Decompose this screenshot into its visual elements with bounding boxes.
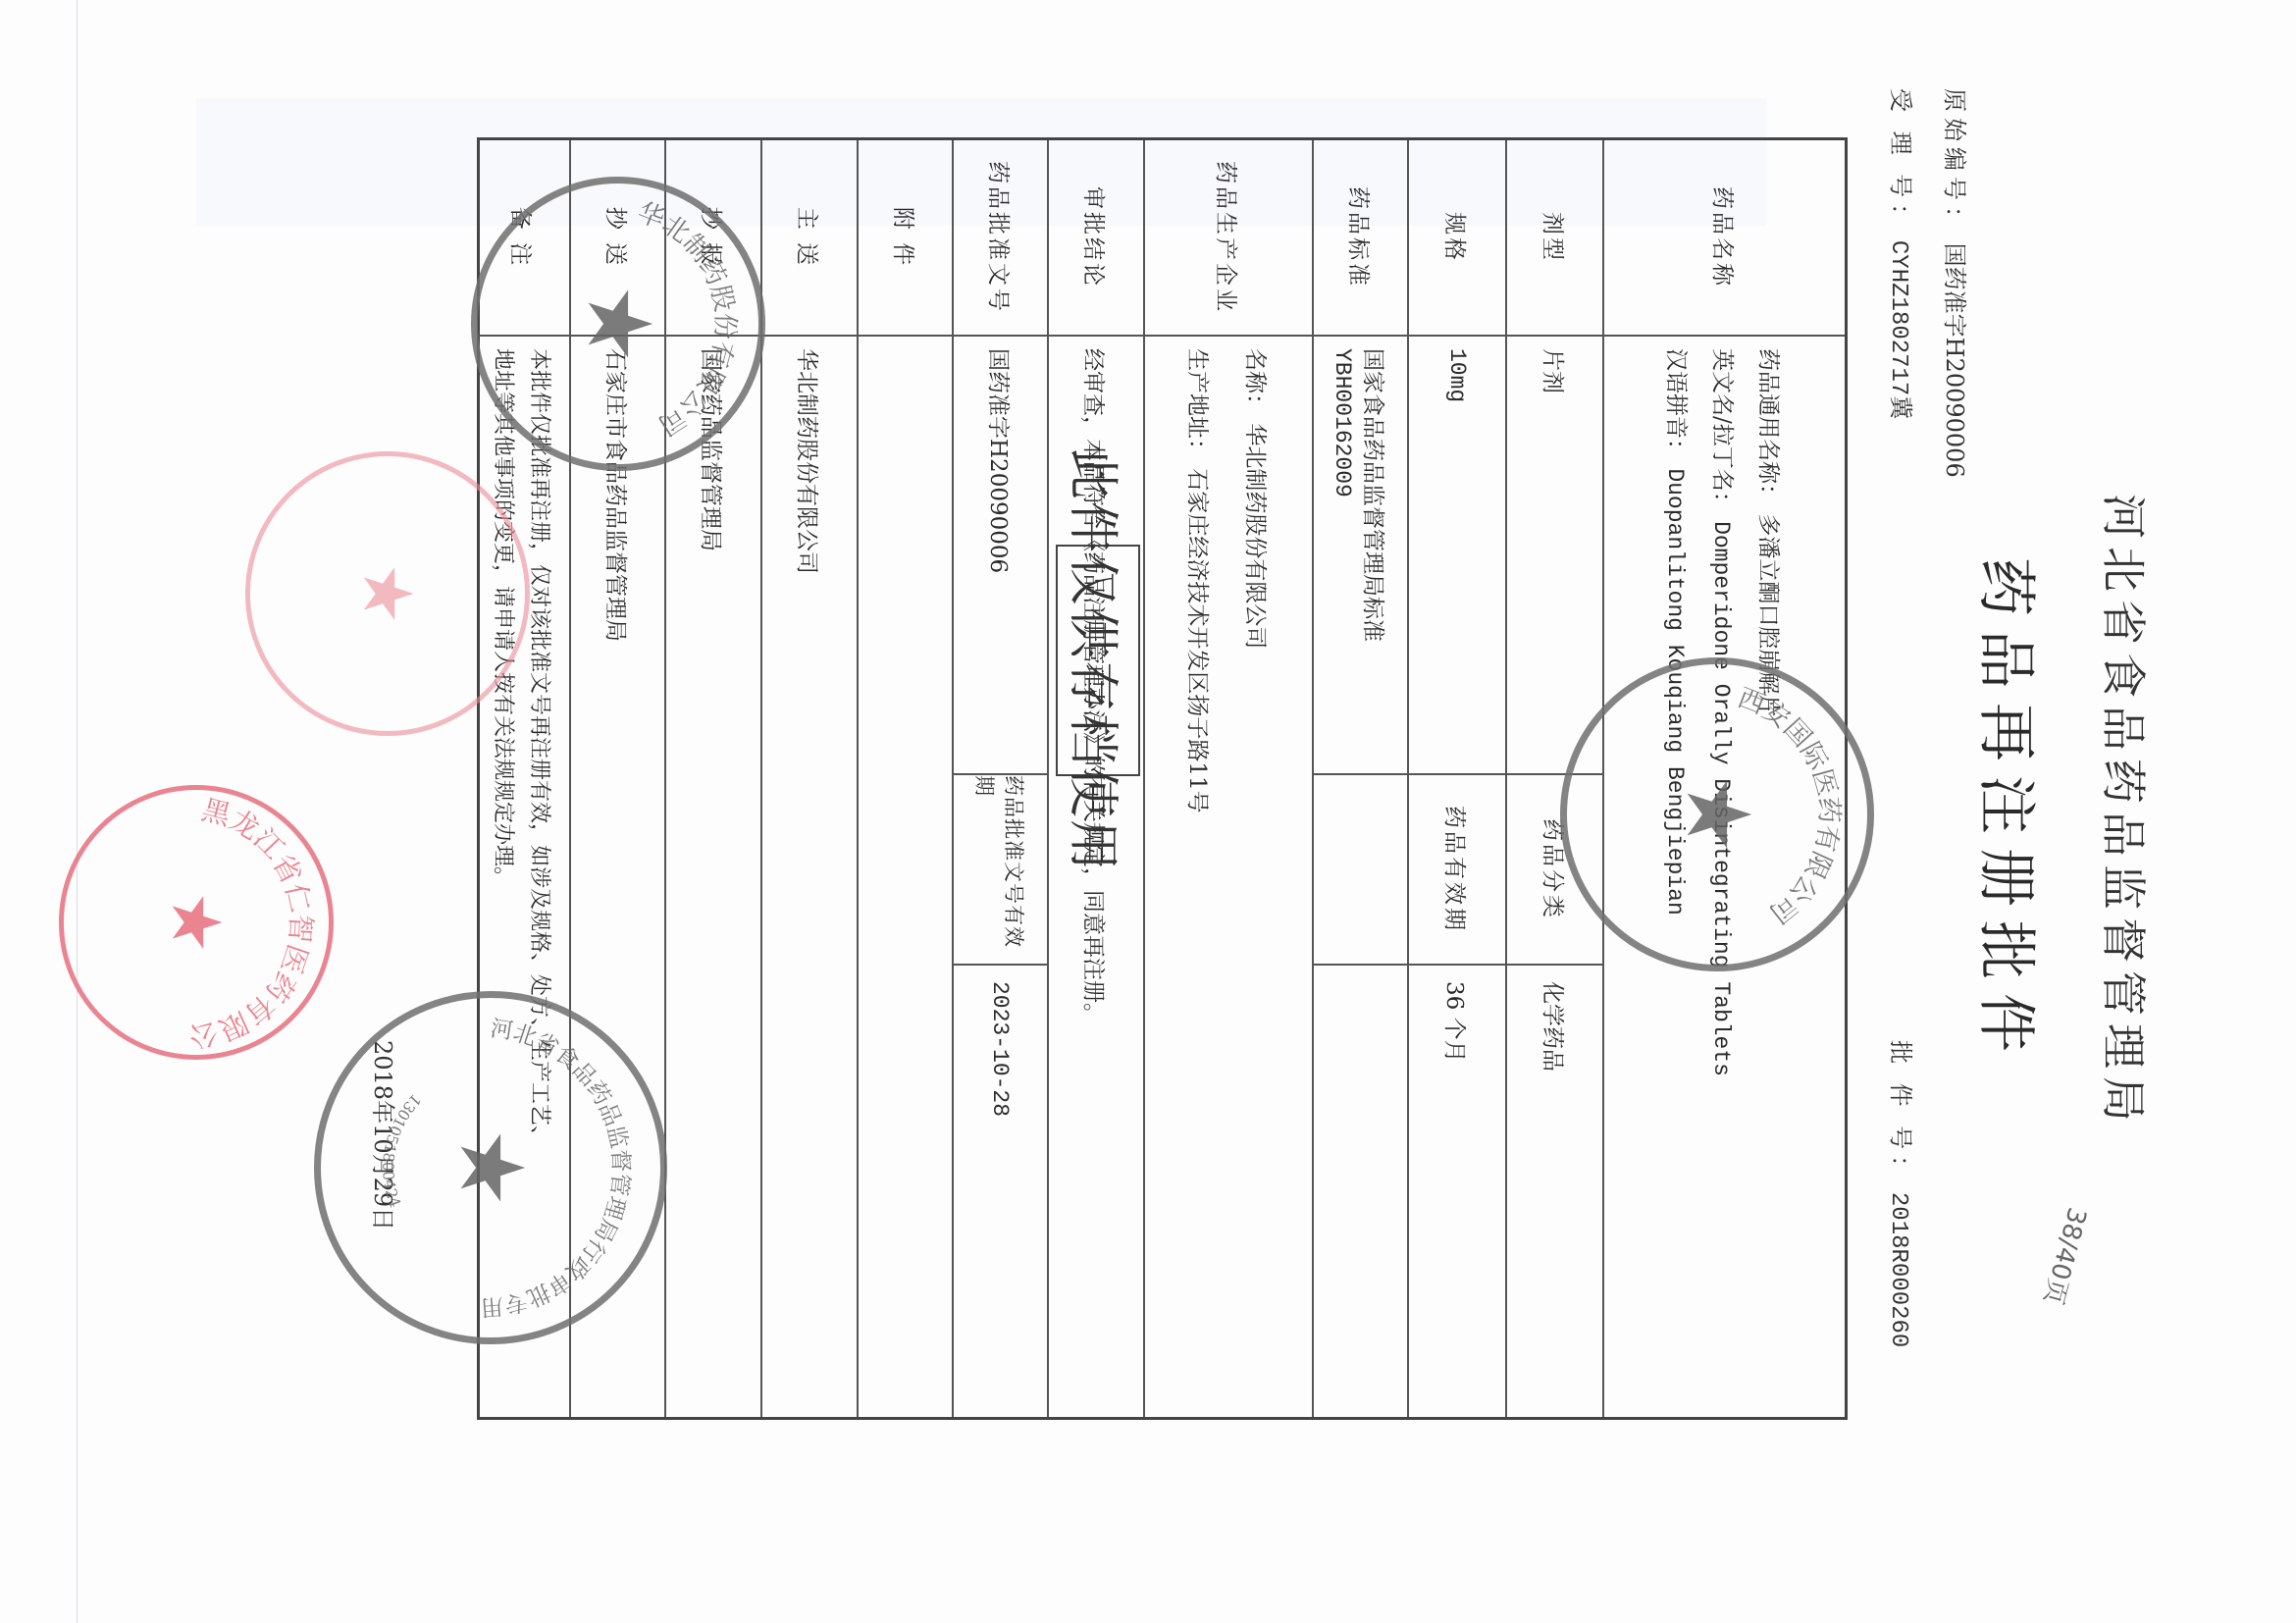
row-attachment: 附 件 bbox=[859, 140, 954, 1417]
drug-name-label: 药品名称 bbox=[1604, 140, 1845, 337]
standard-blank-sub bbox=[1314, 773, 1407, 966]
remarks-label: 备 注 bbox=[477, 140, 569, 337]
row-report-to: 抄 报 国家药品监督管理局 bbox=[666, 140, 762, 1417]
approval-validity-label: 药品批准文号有效期 bbox=[954, 773, 1047, 966]
seal-ring-text: 黑龙江省仁智医药有限公司 bbox=[64, 790, 329, 1055]
attachment-value bbox=[859, 337, 952, 1417]
original-number: 原始编号： 国药准字H20090006 bbox=[1940, 88, 1974, 478]
main-recipient-value: 华北制药股份有限公司 bbox=[762, 337, 857, 1417]
issuing-agency: 河北省食品药品监督管理局 bbox=[2094, 0, 2159, 1623]
copy-to-label: 抄 送 bbox=[571, 140, 664, 337]
specification-value: 10mg bbox=[1409, 337, 1505, 767]
pinyin-name: 汉语拼音： Duopanlitong Kouqiang Bengjiepian bbox=[1662, 348, 1695, 916]
approval-validity-value: 2023-10-28 bbox=[954, 966, 1047, 1417]
star-icon: ★ bbox=[162, 892, 231, 954]
row-copy-to: 抄 送 石家庄市食品药品监督管理局 bbox=[571, 140, 666, 1417]
registration-approval-page: 河北省食品药品监督管理局 药品再注册批件 38/40页 原始编号： 国药准字H2… bbox=[0, 0, 2296, 1623]
manufacturer-label: 药品生产企业 bbox=[1145, 140, 1312, 337]
main-recipient-label: 主 送 bbox=[762, 140, 857, 337]
row-drug-name: 药品名称 药品通用名称： 多潘立酮口腔崩解片 英文名/拉丁名： Domperid… bbox=[1604, 140, 1845, 1417]
drug-standard-label: 药品标准 bbox=[1314, 140, 1407, 337]
acceptance-number-value: CYHZ1802717冀 bbox=[1885, 240, 1911, 419]
manufacturer-name: 名称： 华北制药股份有限公司 bbox=[1241, 348, 1274, 649]
drug-name-values: 药品通用名称： 多潘立酮口腔崩解片 英文名/拉丁名： Domperidone O… bbox=[1604, 337, 1845, 1417]
archive-only-stamp: 此件仅供存档使用 bbox=[1056, 545, 1140, 776]
specification-label: 规格 bbox=[1409, 140, 1505, 337]
shelf-life-label: 药品有效期 bbox=[1409, 773, 1505, 966]
approval-number-cell: 国药准字H20090006 bbox=[954, 337, 1047, 767]
english-name: 英文名/拉丁名： Domperidone Orally Disintegrati… bbox=[1708, 348, 1741, 1076]
copy-to-value: 石家庄市食品药品监督管理局 bbox=[571, 337, 664, 1417]
star-icon: ★ bbox=[353, 563, 422, 625]
shelf-life-value: 36 个月 bbox=[1409, 966, 1505, 1417]
approval-number: 批 件 号： 2018R000260 bbox=[1885, 1040, 1920, 1347]
acceptance-number-label: 受 理 号： bbox=[1887, 88, 1914, 233]
conclusion-label: 审批结论 bbox=[1049, 140, 1143, 337]
row-approval-number: 药品批准文号 国药准字H20090006 药品批准文号有效期 2023-10-2… bbox=[954, 140, 1049, 1417]
manufacturer-values: 名称： 华北制药股份有限公司 生产地址： 石家庄经济技术开发区扬子路11号 bbox=[1145, 337, 1312, 1417]
document-title: 药品再注册批件 bbox=[1968, 0, 2053, 1623]
original-number-value: 国药准字H20090006 bbox=[1941, 243, 1968, 478]
common-name: 药品通用名称： 多潘立酮口腔崩解片 bbox=[1754, 348, 1787, 716]
row-main-recipient: 主 送 华北制药股份有限公司 bbox=[762, 140, 859, 1417]
scanned-document-canvas: 河北省食品药品监督管理局 药品再注册批件 38/40页 原始编号： 国药准字H2… bbox=[0, 0, 2296, 1623]
dosage-form-value: 片剂 bbox=[1507, 337, 1602, 767]
row-dosage-form: 剂型 片剂 药品分类 化学药品 bbox=[1507, 140, 1604, 1417]
drug-category-label: 药品分类 bbox=[1507, 773, 1602, 966]
drug-category-value: 化学药品 bbox=[1507, 966, 1602, 1417]
row-drug-standard: 药品标准 国家食品药品监督管理局标准 YBH00162009 bbox=[1314, 140, 1409, 1417]
approval-number-label: 批 件 号： bbox=[1887, 1040, 1914, 1184]
manufacturer-address: 生产地址： 石家庄经济技术开发区扬子路11号 bbox=[1183, 348, 1216, 813]
approval-table: 药品名称 药品通用名称： 多潘立酮口腔崩解片 英文名/拉丁名： Domperid… bbox=[477, 137, 1848, 1420]
drug-standard-value: 国家食品药品监督管理局标准 YBH00162009 bbox=[1314, 337, 1407, 767]
issue-date: 2018年10月29日 bbox=[368, 1040, 402, 1230]
report-to-value: 国家药品监督管理局 bbox=[666, 337, 760, 1417]
svg-text:黑龙江省仁智医药有限公司: 黑龙江省仁智医药有限公司 bbox=[187, 790, 329, 1054]
remarks-value: 本批件仅批准再注册，仅对该批准文号再注册有效，如涉及规格、处方、生产工艺、 地址… bbox=[477, 337, 569, 1417]
heilongjiang-seal: 黑龙江省仁智医药有限公司 ★ bbox=[59, 785, 334, 1060]
dosage-form-label: 剂型 bbox=[1507, 140, 1602, 337]
acceptance-number: 受 理 号： CYHZ1802717冀 bbox=[1885, 88, 1920, 419]
report-to-label: 抄 报 bbox=[666, 140, 760, 337]
original-number-label: 原始编号： bbox=[1941, 88, 1968, 236]
row-manufacturer: 药品生产企业 名称： 华北制药股份有限公司 生产地址： 石家庄经济技术开发区扬子… bbox=[1145, 140, 1314, 1417]
approval-number-label-cell: 药品批准文号 bbox=[954, 140, 1047, 337]
attachment-label: 附 件 bbox=[859, 140, 952, 337]
approval-number-value: 2018R000260 bbox=[1885, 1192, 1911, 1347]
row-remarks: 备 注 本批件仅批准再注册，仅对该批准文号再注册有效，如涉及规格、处方、生产工艺… bbox=[477, 140, 571, 1417]
row-specification: 规格 10mg 药品有效期 36 个月 bbox=[1409, 140, 1507, 1417]
